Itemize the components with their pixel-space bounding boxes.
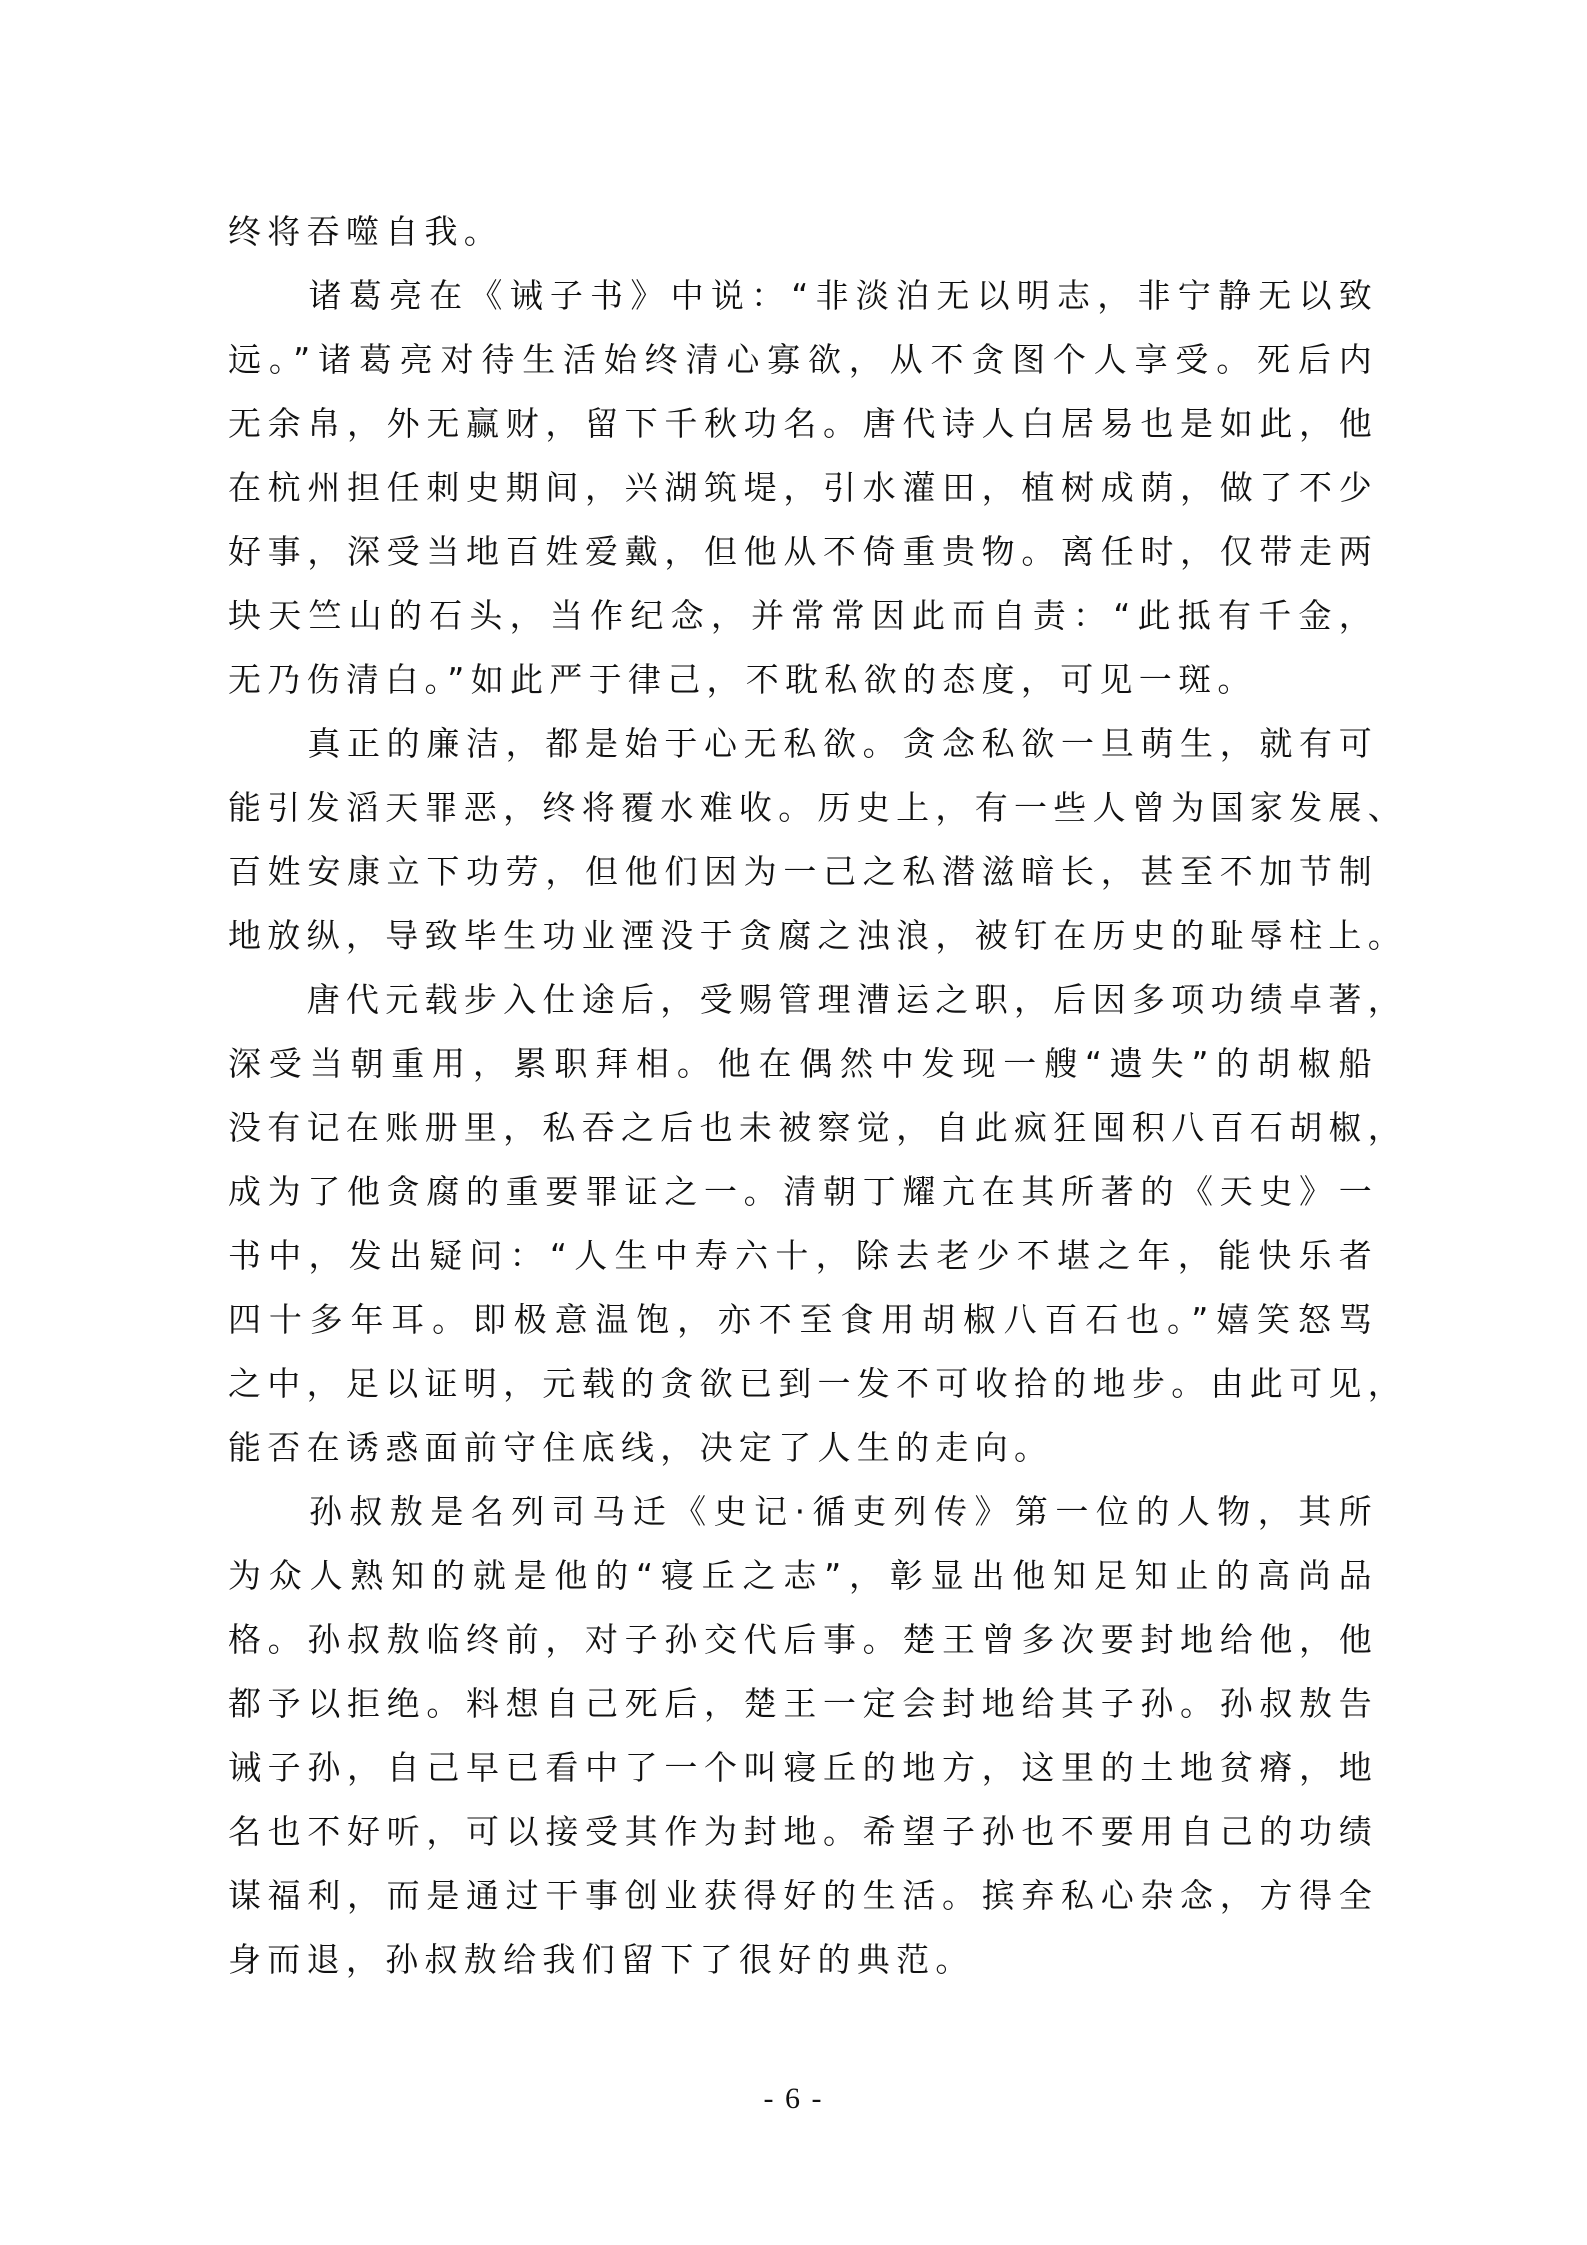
text-line: 书中，发出疑问：“人生中寿六十，除去老少不堪之年，能快乐者 [228, 1224, 1378, 1288]
text-line: 诸葛亮在《诫子书》中说：“非淡泊无以明志，非宁静无以致 [228, 264, 1378, 328]
text-line: 格。孙叔敖临终前，对子孙交代后事。楚王曾多次要封地给他，他 [228, 1608, 1378, 1672]
text-line: 能否在诱惑面前守住底线，决定了人生的走向。 [228, 1416, 1378, 1480]
text-line: 唐代元载步入仕途后，受赐管理漕运之职，后因多项功绩卓著， [228, 968, 1378, 1032]
document-page: 终将吞噬自我。 诸葛亮在《诫子书》中说：“非淡泊无以明志，非宁静无以致 远。”诸… [0, 0, 1587, 2245]
text-line: 终将吞噬自我。 [228, 200, 1378, 264]
text-line: 百姓安康立下功劳，但他们因为一己之私潜滋暗长，甚至不加节制 [228, 840, 1378, 904]
text-line: 名也不好听，可以接受其作为封地。希望子孙也不要用自己的功绩 [228, 1800, 1378, 1864]
text-line: 身而退，孙叔敖给我们留下了很好的典范。 [228, 1928, 1378, 1992]
text-line: 孙叔敖是名列司马迁《史记·循吏列传》第一位的人物，其所 [228, 1480, 1378, 1544]
text-line: 谋福利，而是通过干事创业获得好的生活。摈弃私心杂念，方得全 [228, 1864, 1378, 1928]
text-line: 为众人熟知的就是他的“寝丘之志”，彰显出他知足知止的高尚品 [228, 1544, 1378, 1608]
text-line: 诫子孙，自己早已看中了一个叫寝丘的地方，这里的土地贫瘠，地 [228, 1736, 1378, 1800]
text-line: 地放纵，导致毕生功业湮没于贪腐之浊浪，被钉在历史的耻辱柱上。 [228, 904, 1378, 968]
page-number: - 6 - [0, 2082, 1587, 2116]
text-line: 能引发滔天罪恶，终将覆水难收。历史上，有一些人曾为国家发展、 [228, 776, 1378, 840]
body-text: 终将吞噬自我。 诸葛亮在《诫子书》中说：“非淡泊无以明志，非宁静无以致 远。”诸… [228, 200, 1378, 1992]
text-line: 块天竺山的石头，当作纪念，并常常因此而自责：“此抵有千金， [228, 584, 1378, 648]
text-line: 真正的廉洁，都是始于心无私欲。贪念私欲一旦萌生，就有可 [228, 712, 1378, 776]
text-line: 成为了他贪腐的重要罪证之一。清朝丁耀亢在其所著的《天史》一 [228, 1160, 1378, 1224]
text-line: 之中，足以证明，元载的贪欲已到一发不可收拾的地步。由此可见， [228, 1352, 1378, 1416]
text-line: 深受当朝重用，累职拜相。他在偶然中发现一艘“遗失”的胡椒船 [228, 1032, 1378, 1096]
text-line: 好事，深受当地百姓爱戴，但他从不倚重贵物。离任时，仅带走两 [228, 520, 1378, 584]
text-line: 四十多年耳。即极意温饱，亦不至食用胡椒八百石也。”嬉笑怒骂 [228, 1288, 1378, 1352]
text-line: 没有记在账册里，私吞之后也未被察觉，自此疯狂囤积八百石胡椒， [228, 1096, 1378, 1160]
text-line: 无乃伤清白。”如此严于律己，不耽私欲的态度，可见一斑。 [228, 648, 1378, 712]
text-line: 无余帛，外无赢财，留下千秋功名。唐代诗人白居易也是如此，他 [228, 392, 1378, 456]
text-line: 远。”诸葛亮对待生活始终清心寡欲，从不贪图个人享受。死后内 [228, 328, 1378, 392]
text-line: 都予以拒绝。料想自己死后，楚王一定会封地给其子孙。孙叔敖告 [228, 1672, 1378, 1736]
text-line: 在杭州担任刺史期间，兴湖筑堤，引水灌田，植树成荫，做了不少 [228, 456, 1378, 520]
